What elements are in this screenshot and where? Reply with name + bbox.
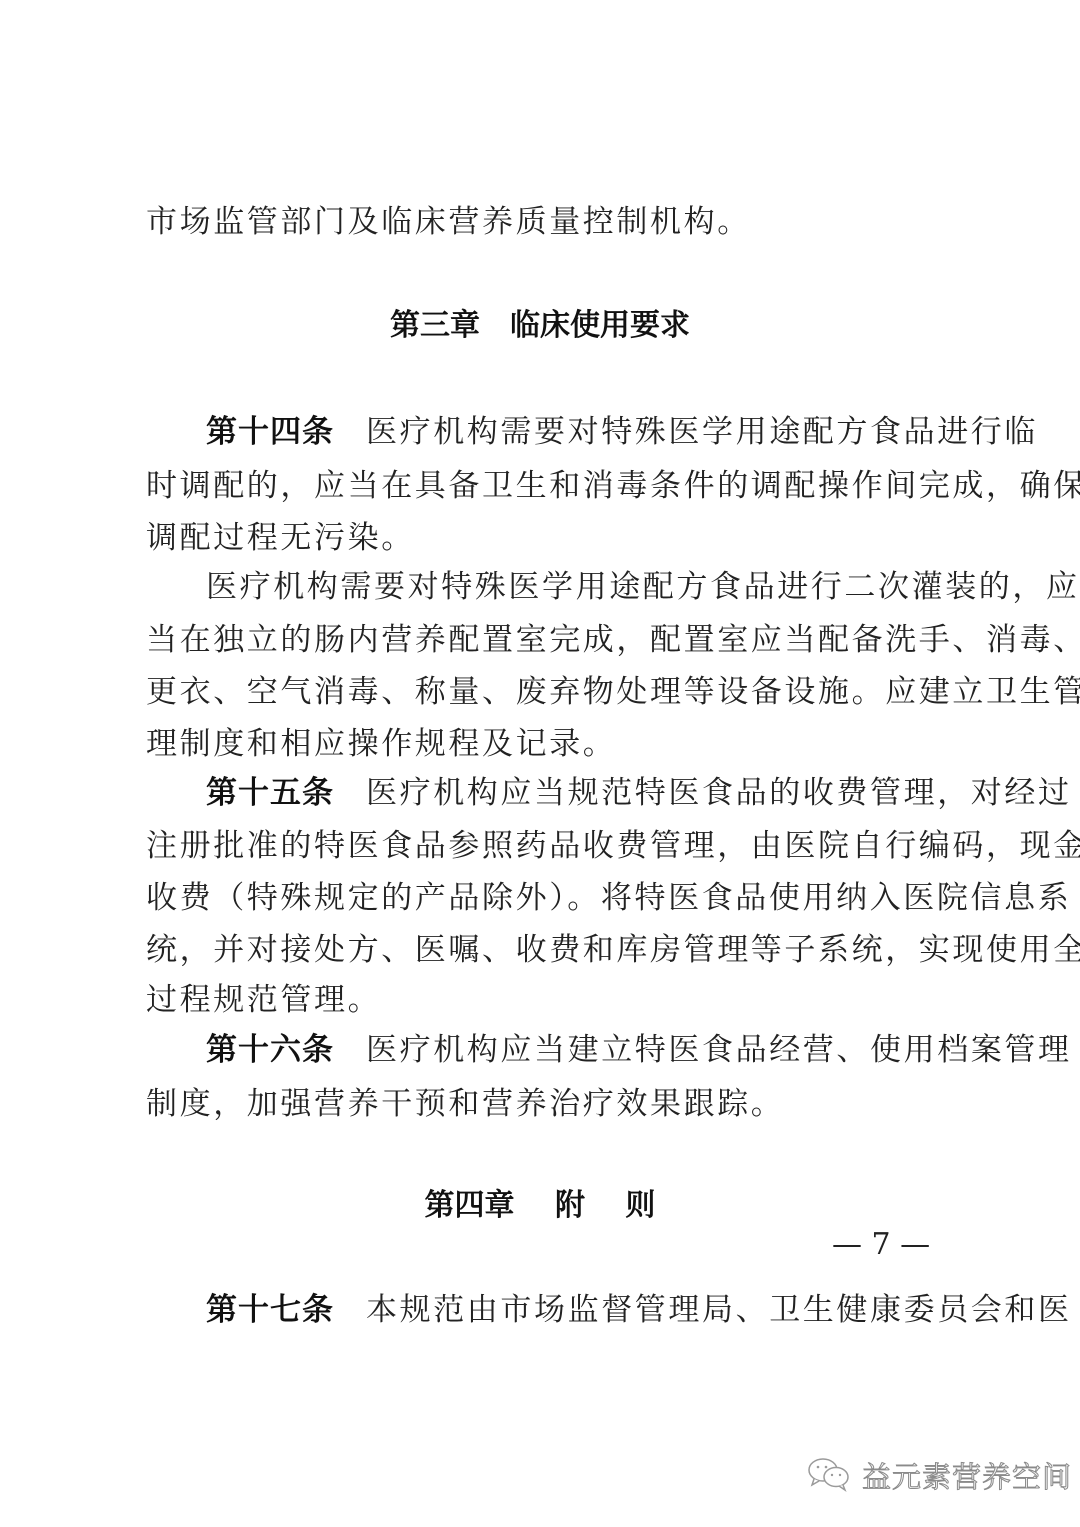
article-15-line-4: 统，并对接处方、医嘱、收费和库房管理等子系统，实现使用全 [146,930,946,970]
article-14-line-3: 调配过程无污染。 [146,518,946,558]
watermark-text: 益元素营养空间 [862,1455,1072,1496]
article-16-line-1: 第十六条医疗机构应当建立特医食品经营、使用档案管理 [206,1030,1006,1070]
article-16-line-2: 制度，加强营养干预和营养治疗效果跟踪。 [146,1084,946,1124]
continuation-line: 市场监管部门及临床营养质量控制机构。 [146,202,946,242]
article-14-para2-line-1: 医疗机构需要对特殊医学用途配方食品进行二次灌装的，应 [206,567,1006,607]
chapter-3-heading: 第三章 临床使用要求 [0,306,1080,346]
article-15-line-5: 过程规范管理。 [146,980,946,1020]
watermark: 益元素营养空间 [806,1455,1072,1496]
article-16-label: 第十六条 [206,1032,334,1068]
article-17-label: 第十七条 [206,1292,334,1328]
wechat-icon [806,1456,852,1496]
article-15-line-2: 注册批准的特医食品参照药品收费管理，由医院自行编码，现金 [146,826,946,866]
article-14-para2-line-4: 理制度和相应操作规程及记录。 [146,724,946,764]
article-15-label: 第十五条 [206,775,334,811]
article-15-line-3: 收费（特殊规定的产品除外）。将特医食品使用纳入医院信息系 [146,878,946,918]
article-14-line-1: 第十四条医疗机构需要对特殊医学用途配方食品进行临 [206,412,1006,452]
article-14-line-2: 时调配的，应当在具备卫生和消毒条件的调配操作间完成，确保 [146,466,946,506]
page-number: — 7 — [832,1225,930,1265]
article-14-label: 第十四条 [206,414,334,450]
document-page: 市场监管部门及临床营养质量控制机构。 第三章 临床使用要求 第十四条医疗机构需要… [0,0,1080,1527]
article-14-para2-line-2: 当在独立的肠内营养配置室完成，配置室应当配备洗手、消毒、 [146,620,946,660]
article-14-para2-line-3: 更衣、空气消毒、称量、废弃物处理等设备设施。应建立卫生管 [146,672,946,712]
article-15-line-1: 第十五条医疗机构应当规范特医食品的收费管理，对经过 [206,773,1006,813]
article-17-line-1: 第十七条本规范由市场监督管理局、卫生健康委员会和医 [206,1290,1006,1330]
chapter-4-heading: 第四章 附 则 [0,1186,1080,1226]
